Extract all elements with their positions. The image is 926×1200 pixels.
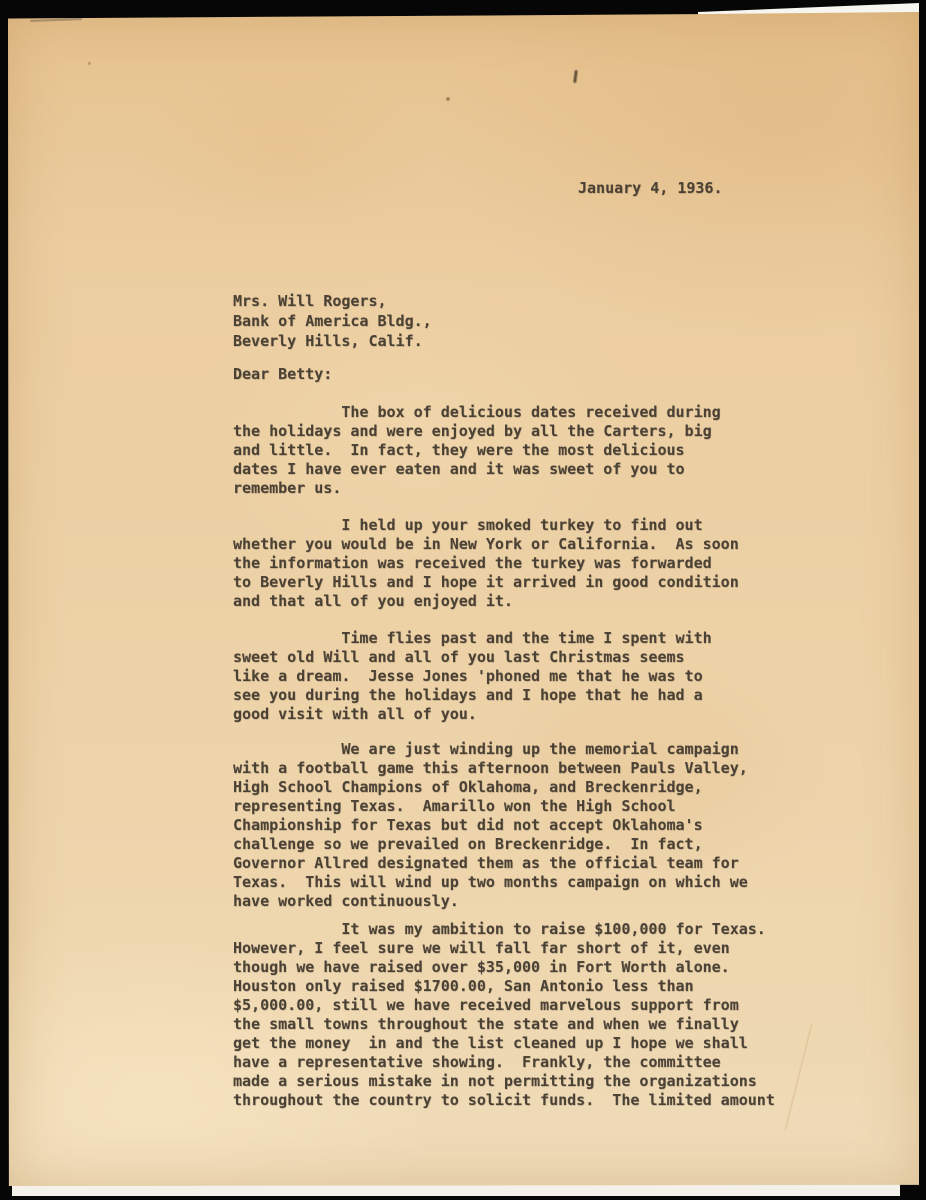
recipient-address: Mrs. Will Rogers, Bank of America Bldg.,… bbox=[233, 291, 432, 351]
scan-frame: January 4, 1936. Mrs. Will Rogers, Bank … bbox=[0, 0, 926, 1200]
letter-paragraph-3: Time flies past and the time I spent wit… bbox=[233, 629, 712, 724]
salutation-line: Dear Betty: bbox=[233, 365, 332, 384]
letter-paragraph-4: We are just winding up the memorial camp… bbox=[233, 740, 748, 911]
typewritten-text-layer: January 4, 1936. Mrs. Will Rogers, Bank … bbox=[8, 12, 919, 1186]
letter-paragraph-2: I held up your smoked turkey to find out… bbox=[233, 516, 739, 611]
letter-page: January 4, 1936. Mrs. Will Rogers, Bank … bbox=[8, 12, 919, 1186]
letter-date: January 4, 1936. bbox=[578, 179, 723, 198]
letter-paragraph-1: The box of delicious dates received duri… bbox=[233, 403, 721, 498]
letter-paragraph-5: It was my ambition to raise $100,000 for… bbox=[233, 920, 775, 1110]
